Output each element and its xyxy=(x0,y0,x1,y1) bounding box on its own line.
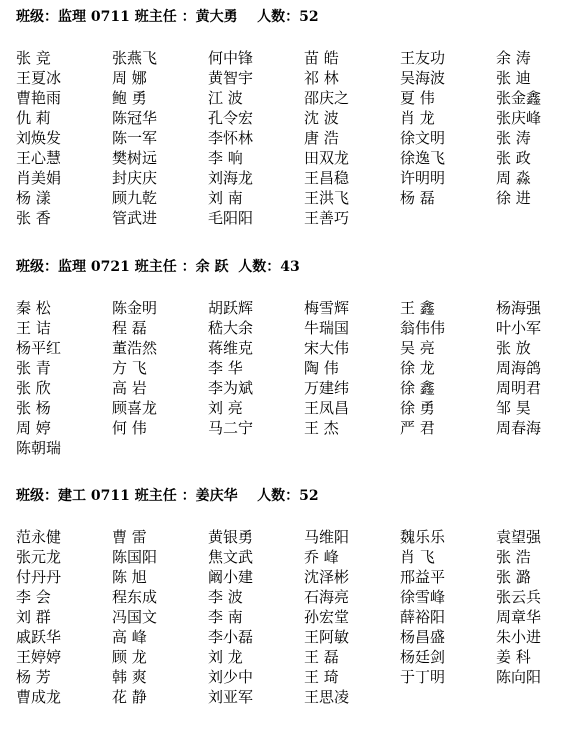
student-name: 陈冠华 xyxy=(112,108,208,128)
student-name: 顾 龙 xyxy=(112,647,208,667)
student-name: 冯国文 xyxy=(112,607,208,627)
student-name: 戚跃华 xyxy=(16,627,112,647)
student-name: 王阿敏 xyxy=(304,627,400,647)
student-name: 袁望强 xyxy=(496,527,573,547)
student-name: 张 杨 xyxy=(16,398,112,418)
student-name: 徐 进 xyxy=(496,188,573,208)
student-name: 胡跃辉 xyxy=(208,298,304,318)
student-name: 花 静 xyxy=(112,687,208,707)
student-name: 刘海龙 xyxy=(208,168,304,188)
student-name: 陶 伟 xyxy=(304,358,400,378)
student-name: 魏乐乐 xyxy=(400,527,496,547)
student-name: 刘少中 xyxy=(208,667,304,687)
student-name: 王 鑫 xyxy=(400,298,496,318)
student-name: 曹 雷 xyxy=(112,527,208,547)
student-name: 万建纬 xyxy=(304,378,400,398)
student-name: 沈泽彬 xyxy=(304,567,400,587)
student-name: 夏 伟 xyxy=(400,88,496,108)
class-header: 班级：监理 0721 班主任 ：余 跃 人数：43 xyxy=(16,258,300,276)
student-name: 陈朝瑞 xyxy=(16,438,112,458)
student-name: 邹 昊 xyxy=(496,398,573,418)
student-name: 黄银勇 xyxy=(208,527,304,547)
student-name: 陈向阳 xyxy=(496,667,573,687)
student-name: 翁伟伟 xyxy=(400,318,496,338)
student-name: 刘亚军 xyxy=(208,687,304,707)
student-name: 肖美娟 xyxy=(16,168,112,188)
student-name: 王洪飞 xyxy=(304,188,400,208)
student-name: 张 潞 xyxy=(496,567,573,587)
student-name: 周 婷 xyxy=(16,418,112,438)
student-name: 韩 爽 xyxy=(112,667,208,687)
student-name: 马二宁 xyxy=(208,418,304,438)
student-name: 李 南 xyxy=(208,607,304,627)
student-name: 于丁明 xyxy=(400,667,496,687)
student-name: 焦文武 xyxy=(208,547,304,567)
student-name: 余 涛 xyxy=(496,48,573,68)
student-name: 嵇大余 xyxy=(208,318,304,338)
student-name: 杨廷剑 xyxy=(400,647,496,667)
student-name: 李 华 xyxy=(208,358,304,378)
student-name: 张 香 xyxy=(16,208,112,228)
student-name: 王 琦 xyxy=(304,667,400,687)
student-name: 张庆峰 xyxy=(496,108,573,128)
class-header: 班级：建工 0711 班主任 ：姜庆华 人数：52 xyxy=(16,487,319,505)
student-name: 陈一军 xyxy=(112,128,208,148)
student-name: 张 欣 xyxy=(16,378,112,398)
student-name: 祁 林 xyxy=(304,68,400,88)
student-name: 张燕飞 xyxy=(112,48,208,68)
student-name: 李 响 xyxy=(208,148,304,168)
student-name: 王心慧 xyxy=(16,148,112,168)
student-name: 徐 鑫 xyxy=(400,378,496,398)
student-name: 付丹丹 xyxy=(16,567,112,587)
student-name: 何中锋 xyxy=(208,48,304,68)
student-name: 徐 龙 xyxy=(400,358,496,378)
student-name: 张云兵 xyxy=(496,587,573,607)
student-name: 高 岩 xyxy=(112,378,208,398)
student-name: 石海亮 xyxy=(304,587,400,607)
student-name: 宋大伟 xyxy=(304,338,400,358)
student-name: 许明明 xyxy=(400,168,496,188)
student-name: 薛裕阳 xyxy=(400,607,496,627)
student-name: 周 淼 xyxy=(496,168,573,188)
student-name: 陈国阳 xyxy=(112,547,208,567)
student-name: 李为斌 xyxy=(208,378,304,398)
student-name: 刘 龙 xyxy=(208,647,304,667)
student-name: 张金鑫 xyxy=(496,88,573,108)
student-name: 何 伟 xyxy=(112,418,208,438)
student-name: 朱小进 xyxy=(496,627,573,647)
student-name: 王夏冰 xyxy=(16,68,112,88)
student-name: 范永健 xyxy=(16,527,112,547)
student-name: 李 波 xyxy=(208,587,304,607)
student-name: 杨 漾 xyxy=(16,188,112,208)
student-name: 董浩然 xyxy=(112,338,208,358)
student-grid: 秦 松陈金明胡跃辉梅雪辉王 鑫杨海强王 诘程 磊嵇大余牛瑞国翁伟伟叶小军杨平红董… xyxy=(16,298,573,458)
student-name: 孙宏堂 xyxy=(304,607,400,627)
student-name: 李 会 xyxy=(16,587,112,607)
student-name: 徐 勇 xyxy=(400,398,496,418)
student-name: 吴 亮 xyxy=(400,338,496,358)
student-name: 封庆庆 xyxy=(112,168,208,188)
student-name: 马维阳 xyxy=(304,527,400,547)
student-name: 李怀林 xyxy=(208,128,304,148)
student-name: 唐 浩 xyxy=(304,128,400,148)
student-name: 程 磊 xyxy=(112,318,208,338)
student-name: 刘 南 xyxy=(208,188,304,208)
student-name: 方 飞 xyxy=(112,358,208,378)
student-name: 王友功 xyxy=(400,48,496,68)
student-name: 王 杰 xyxy=(304,418,400,438)
student-name: 杨平红 xyxy=(16,338,112,358)
student-name: 乔 峰 xyxy=(304,547,400,567)
student-name: 仇 莉 xyxy=(16,108,112,128)
student-name: 张 政 xyxy=(496,148,573,168)
student-name: 邵庆之 xyxy=(304,88,400,108)
student-name: 毛阳阳 xyxy=(208,208,304,228)
student-name: 姜 科 xyxy=(496,647,573,667)
student-name: 徐文明 xyxy=(400,128,496,148)
student-name: 沈 波 xyxy=(304,108,400,128)
student-name: 梅雪辉 xyxy=(304,298,400,318)
student-name: 张 竞 xyxy=(16,48,112,68)
student-name: 孔令宏 xyxy=(208,108,304,128)
student-name: 管武进 xyxy=(112,208,208,228)
student-name: 王 磊 xyxy=(304,647,400,667)
student-name: 周明君 xyxy=(496,378,573,398)
student-name: 田双龙 xyxy=(304,148,400,168)
student-name: 刘 群 xyxy=(16,607,112,627)
student-name: 王思凌 xyxy=(304,687,400,707)
student-name: 陈 旭 xyxy=(112,567,208,587)
student-grid: 张 竞张燕飞何中锋苗 皓王友功余 涛王夏冰周 娜黄智宇祁 林吴海波张 迪曹艳雨鲍… xyxy=(16,48,573,228)
student-name: 张 涛 xyxy=(496,128,573,148)
student-name: 张元龙 xyxy=(16,547,112,567)
student-name: 杨 磊 xyxy=(400,188,496,208)
student-name: 曹艳雨 xyxy=(16,88,112,108)
student-name: 肖 龙 xyxy=(400,108,496,128)
student-name: 杨 芳 xyxy=(16,667,112,687)
student-grid: 范永健曹 雷黄银勇马维阳魏乐乐袁望强张元龙陈国阳焦文武乔 峰肖 飞张 浩付丹丹陈… xyxy=(16,527,573,707)
class-header: 班级：监理 0711 班主任 ：黄大勇 人数：52 xyxy=(16,8,319,26)
student-name: 张 放 xyxy=(496,338,573,358)
student-name: 顾九乾 xyxy=(112,188,208,208)
student-name: 刘 亮 xyxy=(208,398,304,418)
student-name: 李小磊 xyxy=(208,627,304,647)
student-name: 吴海波 xyxy=(400,68,496,88)
student-name: 徐雪峰 xyxy=(400,587,496,607)
student-name: 张 浩 xyxy=(496,547,573,567)
student-name: 王婷婷 xyxy=(16,647,112,667)
student-name: 张 青 xyxy=(16,358,112,378)
student-name: 阚小建 xyxy=(208,567,304,587)
student-name: 苗 皓 xyxy=(304,48,400,68)
student-name: 黄智宇 xyxy=(208,68,304,88)
student-name: 蒋维克 xyxy=(208,338,304,358)
student-name: 陈金明 xyxy=(112,298,208,318)
student-name: 王昌稳 xyxy=(304,168,400,188)
student-name: 程东成 xyxy=(112,587,208,607)
student-name: 周章华 xyxy=(496,607,573,627)
student-name: 杨昌盛 xyxy=(400,627,496,647)
student-name: 江 波 xyxy=(208,88,304,108)
student-name: 曹成龙 xyxy=(16,687,112,707)
student-name: 周 娜 xyxy=(112,68,208,88)
student-name: 刘焕发 xyxy=(16,128,112,148)
student-name: 徐逸飞 xyxy=(400,148,496,168)
student-name: 王凤昌 xyxy=(304,398,400,418)
student-name: 樊树远 xyxy=(112,148,208,168)
student-name: 王 诘 xyxy=(16,318,112,338)
student-name: 顾喜龙 xyxy=(112,398,208,418)
student-name: 鲍 勇 xyxy=(112,88,208,108)
student-name: 严 君 xyxy=(400,418,496,438)
student-name: 杨海强 xyxy=(496,298,573,318)
student-name: 肖 飞 xyxy=(400,547,496,567)
student-name: 高 峰 xyxy=(112,627,208,647)
student-name: 周春海 xyxy=(496,418,573,438)
student-name: 邢益平 xyxy=(400,567,496,587)
student-name: 王善巧 xyxy=(304,208,400,228)
student-name: 张 迪 xyxy=(496,68,573,88)
student-name: 秦 松 xyxy=(16,298,112,318)
student-name: 牛瑞国 xyxy=(304,318,400,338)
student-name: 周海鸽 xyxy=(496,358,573,378)
student-name: 叶小军 xyxy=(496,318,573,338)
